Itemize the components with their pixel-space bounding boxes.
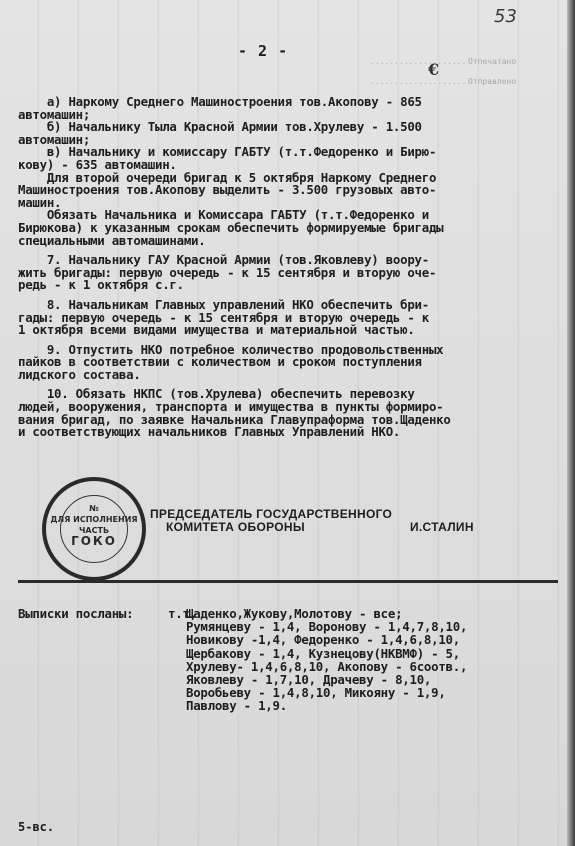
paragraph-item-9: 9. Отпустить НКО потребное количество пр… [18,344,548,382]
paragraph-item-7: 7. Начальнику ГАУ Красной Армии (тов.Яко… [18,254,548,292]
seal-code: ГОКО [46,536,142,547]
text-line: Машиностроения тов.Акопову выделить - 3.… [18,184,548,197]
recipient-line: Щербакову - 1,4, Кузнецову(НКВМФ) - 5, [186,647,467,660]
official-seal: № ДЛЯ ИСПОЛНЕНИЯ ЧАСТЬ ГОКО [42,477,146,581]
signature-title-line-2: КОМИТЕТА ОБОРОНЫ [166,521,305,534]
distribution-label: Выписки посланы: [18,607,133,620]
text-line: специальными автомашинами. [18,235,548,248]
typist-mark: 5-вс. [18,820,54,834]
paragraph-item-v: в) Начальнику и комиссару ГАБТУ (т.т.Фед… [18,146,548,171]
folio-number: 53 [494,6,517,27]
distribution-recipients: Щаденко,Жукову,Молотову - все;Румянцеву … [186,607,467,713]
document-page: 53 - 2 - ...............................… [0,0,575,846]
text-line: редь - к 1 октября с.г. [18,279,548,292]
paragraph-oblige-gabtu: Обязать Начальника и Комиссара ГАБТУ (т.… [18,209,548,247]
text-line: 1 октября всеми видами имущества и матер… [18,324,548,337]
document-body: а) Наркому Среднего Машиностроения тов.А… [18,96,548,439]
paragraph-second-queue: Для второй очереди бригад к 5 октября На… [18,172,548,210]
distribution-list: Выписки посланы: т.т. Щаденко,Жукову,Мол… [18,607,47,673]
text-line: и соответствующих начальников Главных Уп… [18,426,548,439]
paragraph-item-a: а) Наркому Среднего Машиностроения тов.А… [18,96,548,121]
paragraph-item-b: б) Начальнику Тыла Красной Армии тов.Хру… [18,121,548,146]
faint-stamp-left: ........................................ [370,52,466,92]
signatory-name: И.СТАЛИН [410,521,474,534]
seal-text: № ДЛЯ ИСПОЛНЕНИЯ ЧАСТЬ ГОКО [46,503,142,547]
recipient-line: Павлову - 1,9. [186,699,467,712]
text-line: лидского состава. [18,369,548,382]
recipient-line: Новикову -1,4, Федоренко - 1,4,6,8,10, [186,633,467,646]
scan-edge [567,0,575,846]
handwritten-mark: € [428,60,439,79]
faint-stamp-right: Отпечатано Отправлено [468,52,516,92]
text-line: а) Наркому Среднего Машиностроения тов.А… [18,96,548,109]
paragraph-item-8: 8. Начальникам Главных управлений НКО об… [18,299,548,337]
paragraph-item-10: 10. Обязать НКПС (тов.Хрулева) обеспечит… [18,388,548,438]
text-line: б) Начальнику Тыла Красной Армии тов.Хру… [18,121,548,134]
separator-rule [18,580,558,583]
page-number: - 2 - [238,42,288,60]
